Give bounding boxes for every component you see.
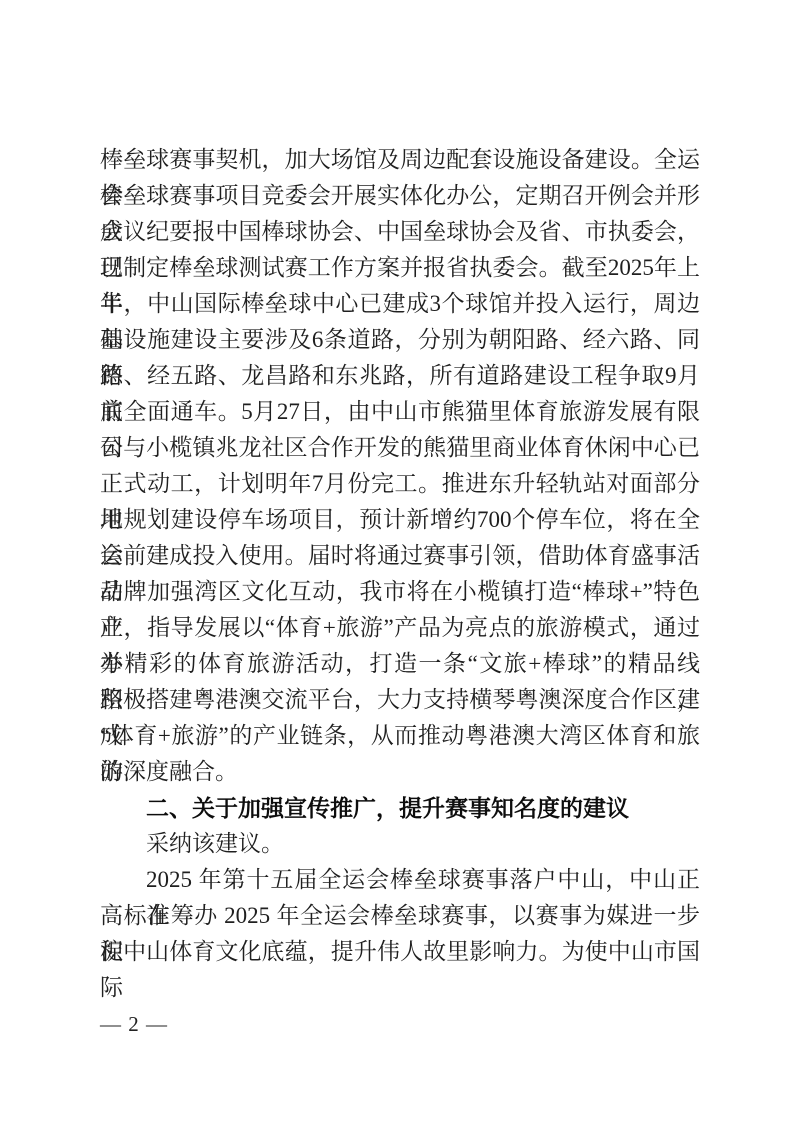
body-line: 2025 年第十五届全运会棒垒球赛事落户中山，中山正在 (100, 862, 700, 898)
body-line: 棒垒球赛事项目竞委会开展实体化办公，定期召开例会并形成 (100, 178, 700, 214)
body-line: 司与小榄镇兆龙社区合作开发的熊猫里商业体育休闲中心已 (100, 430, 700, 466)
body-line: 积极搭建粤港澳交流平台，大力支持横琴粤澳深度合作区建成 (100, 682, 700, 718)
body-line: 棒垒球赛事契机，加大场馆及周边配套设施设备建设。全运会 (100, 142, 700, 178)
body-line: 前全面通车。5月27日，由中山市熊猫里体育旅游发展有限公 (100, 394, 700, 430)
document-body: 棒垒球赛事契机，加大场馆及周边配套设施设备建设。全运会 棒垒球赛事项目竞委会开展… (100, 142, 700, 970)
body-line: 地规划建设停车场项目，预计新增约700个停车位，将在全运 (100, 502, 700, 538)
body-line: 淀中山体育文化底蕴，提升伟人故里影响力。为使中山市国际 (100, 934, 700, 970)
document-page: 棒垒球赛事契机，加大场馆及周边配套设施设备建设。全运会 棒垒球赛事项目竞委会开展… (0, 0, 800, 1131)
acceptance-line: 采纳该建议。 (100, 826, 700, 862)
body-line: 会议纪要报中国棒球协会、中国垒球协会及省、市执委会，现 (100, 214, 700, 250)
body-line: 办精彩的体育旅游活动，打造一条“文旅+棒球”的精品线路， (100, 646, 700, 682)
body-line: 会前建成投入使用。届时将通过赛事引领，借助体育盛事活动 (100, 538, 700, 574)
body-line: 高标准筹办 2025 年全运会棒垒球赛事，以赛事为媒进一步积 (100, 898, 700, 934)
body-line: 业，指导发展以“体育+旅游”产品为亮点的旅游模式，通过举 (100, 610, 700, 646)
body-line: “体育+旅游”的产业链条，从而推动粤港澳大湾区体育和旅游 (100, 718, 700, 754)
body-line: 路、经五路、龙昌路和东兆路，所有道路建设工程争取9月底 (100, 358, 700, 394)
body-line: 的深度融合。 (100, 754, 700, 790)
body-line: 已制定棒垒球测试赛工作方案并报省执委会。截至2025年上半 (100, 250, 700, 286)
section-heading: 二、关于加强宣传推广，提升赛事知名度的建议 (100, 790, 700, 826)
body-line: 年，中山国际棒垒球中心已建成3个球馆并投入运行，周边基 (100, 286, 700, 322)
body-line: 正式动工，计划明年7月份完工。推进东升轻轨站对面部分用 (100, 466, 700, 502)
body-line: 础设施建设主要涉及6条道路，分别为朝阳路、经六路、同德 (100, 322, 700, 358)
page-number: — 2 — (100, 1010, 168, 1038)
body-line: 品牌加强湾区文化互动，我市将在小榄镇打造“棒球+”特色产 (100, 574, 700, 610)
